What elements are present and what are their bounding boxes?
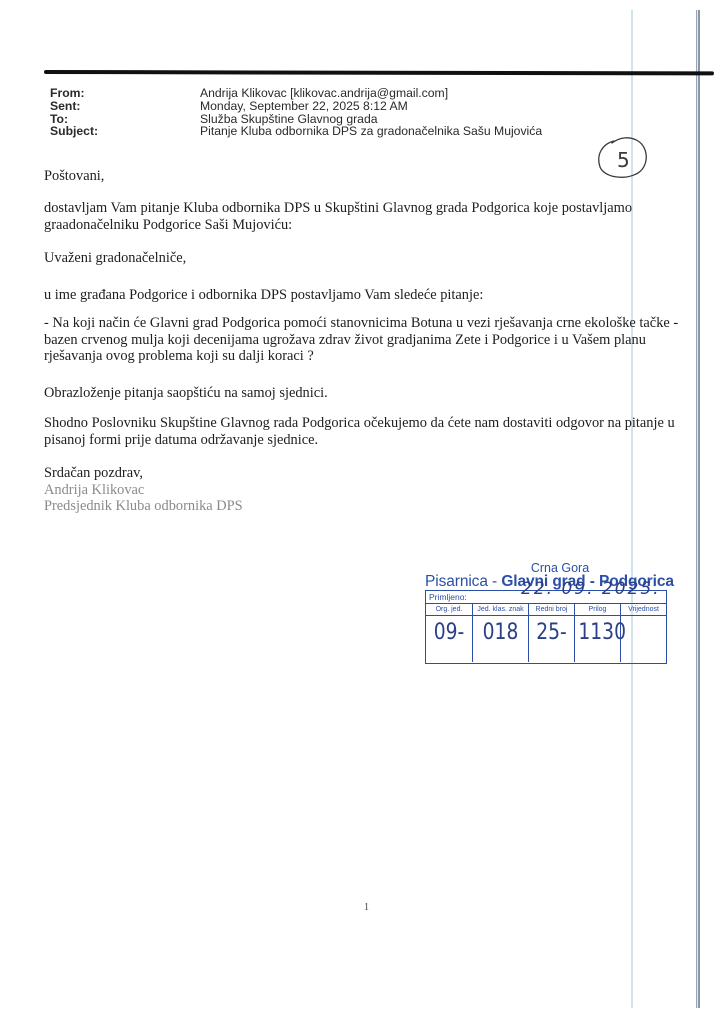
email-header-rule bbox=[44, 70, 714, 75]
scanned-document-page: From: Andrija Klikovac [klikovac.andrija… bbox=[0, 0, 724, 1024]
explanation: Obrazloženje pitanja saopštiću na samoj … bbox=[44, 385, 328, 402]
stamp-col-value: 1130 bbox=[578, 620, 616, 645]
stamp-col-header: Redni broj bbox=[529, 604, 574, 616]
stamp-col-value: 018 bbox=[477, 620, 524, 645]
stamp-col-attachment: Prilog 1130 bbox=[575, 604, 621, 662]
stamp-columns: Org. jed. 09- Jed. klas. znak 018 Redni … bbox=[426, 604, 666, 662]
question-line: rješavanja ovog problema koji su dalji k… bbox=[44, 348, 678, 365]
scan-edge-line bbox=[696, 10, 700, 1008]
signature-title: Predsjednik Kluba odbornika DPS bbox=[44, 498, 243, 515]
email-header-subject: Subject: Pitanje Kluba odbornika DPS za … bbox=[50, 125, 542, 138]
procedure-line: pisanoj formi prije datuma održavanje sj… bbox=[44, 432, 675, 449]
stamp-col-serial-number: Redni broj 25- bbox=[529, 604, 575, 662]
sent-value: Monday, September 22, 2025 8:12 AM bbox=[200, 100, 408, 113]
stamp-office-prefix: Pisarnica - bbox=[425, 573, 501, 590]
greeting: Poštovani, bbox=[44, 168, 104, 185]
email-header-from: From: Andrija Klikovac [klikovac.andrija… bbox=[50, 87, 542, 100]
handwritten-number: 5 bbox=[617, 148, 630, 172]
registry-stamp: Crna Gora Pisarnica - Glavni grad - Podg… bbox=[425, 562, 675, 664]
stamp-col-value: 25- bbox=[532, 620, 570, 645]
stamp-col-class-code: Jed. klas. znak 018 bbox=[473, 604, 529, 662]
from-value: Andrija Klikovac [klikovac.andrija@gmail… bbox=[200, 87, 448, 100]
stamp-col-header: Jed. klas. znak bbox=[473, 604, 528, 616]
closing-block: Srdačan pozdrav, Andrija Klikovac Predsj… bbox=[44, 465, 243, 515]
closing: Srdačan pozdrav, bbox=[44, 465, 243, 482]
intro-line: graadonačelniku Podgorice Saši Mujoviću: bbox=[44, 217, 632, 234]
stamp-received-date: 22. 09. 2025. bbox=[521, 583, 661, 596]
intro-paragraph: dostavljam Vam pitanje Kluba odbornika D… bbox=[44, 200, 632, 233]
signature-name: Andrija Klikovac bbox=[44, 482, 243, 499]
email-header-sent: Sent: Monday, September 22, 2025 8:12 AM bbox=[50, 100, 542, 113]
email-header: From: Andrija Klikovac [klikovac.andrija… bbox=[50, 87, 542, 138]
question-paragraph: - Na koji način će Glavni grad Podgorica… bbox=[44, 315, 678, 365]
stamp-col-org-unit: Org. jed. 09- bbox=[426, 604, 473, 662]
question-line: bazen crvenog mulja koji decenijama ugro… bbox=[44, 332, 678, 349]
handwritten-circled-number: 5 bbox=[594, 135, 650, 181]
stamp-col-header: Prilog bbox=[575, 604, 620, 616]
stamp-col-header: Vrijednost bbox=[621, 604, 666, 616]
subject-label: Subject: bbox=[50, 125, 200, 138]
subject-value: Pitanje Kluba odbornika DPS za gradonače… bbox=[200, 125, 542, 138]
stamp-received-row: Primljeno: 22. 09. 2025. bbox=[426, 591, 666, 604]
procedure-line: Shodno Poslovniku Skupštine Glavnog rada… bbox=[44, 415, 675, 432]
stamp-table: Primljeno: 22. 09. 2025. Org. jed. 09- J… bbox=[425, 590, 667, 664]
page-number: 1 bbox=[364, 902, 369, 913]
stamp-col-value-amount: Vrijednost bbox=[621, 604, 666, 662]
salutation: Uvaženi gradonačelniče, bbox=[44, 250, 186, 267]
intro-line: dostavljam Vam pitanje Kluba odbornika D… bbox=[44, 200, 632, 217]
stamp-col-value: 09- bbox=[429, 620, 468, 645]
question-line: - Na koji način će Glavni grad Podgorica… bbox=[44, 315, 678, 332]
stamp-received-label: Primljeno: bbox=[429, 592, 467, 602]
sent-label: Sent: bbox=[50, 100, 200, 113]
stamp-col-header: Org. jed. bbox=[426, 604, 472, 616]
procedure-paragraph: Shodno Poslovniku Skupštine Glavnog rada… bbox=[44, 415, 675, 448]
lead-sentence: u ime građana Podgorice i odbornika DPS … bbox=[44, 287, 483, 304]
from-label: From: bbox=[50, 87, 200, 100]
